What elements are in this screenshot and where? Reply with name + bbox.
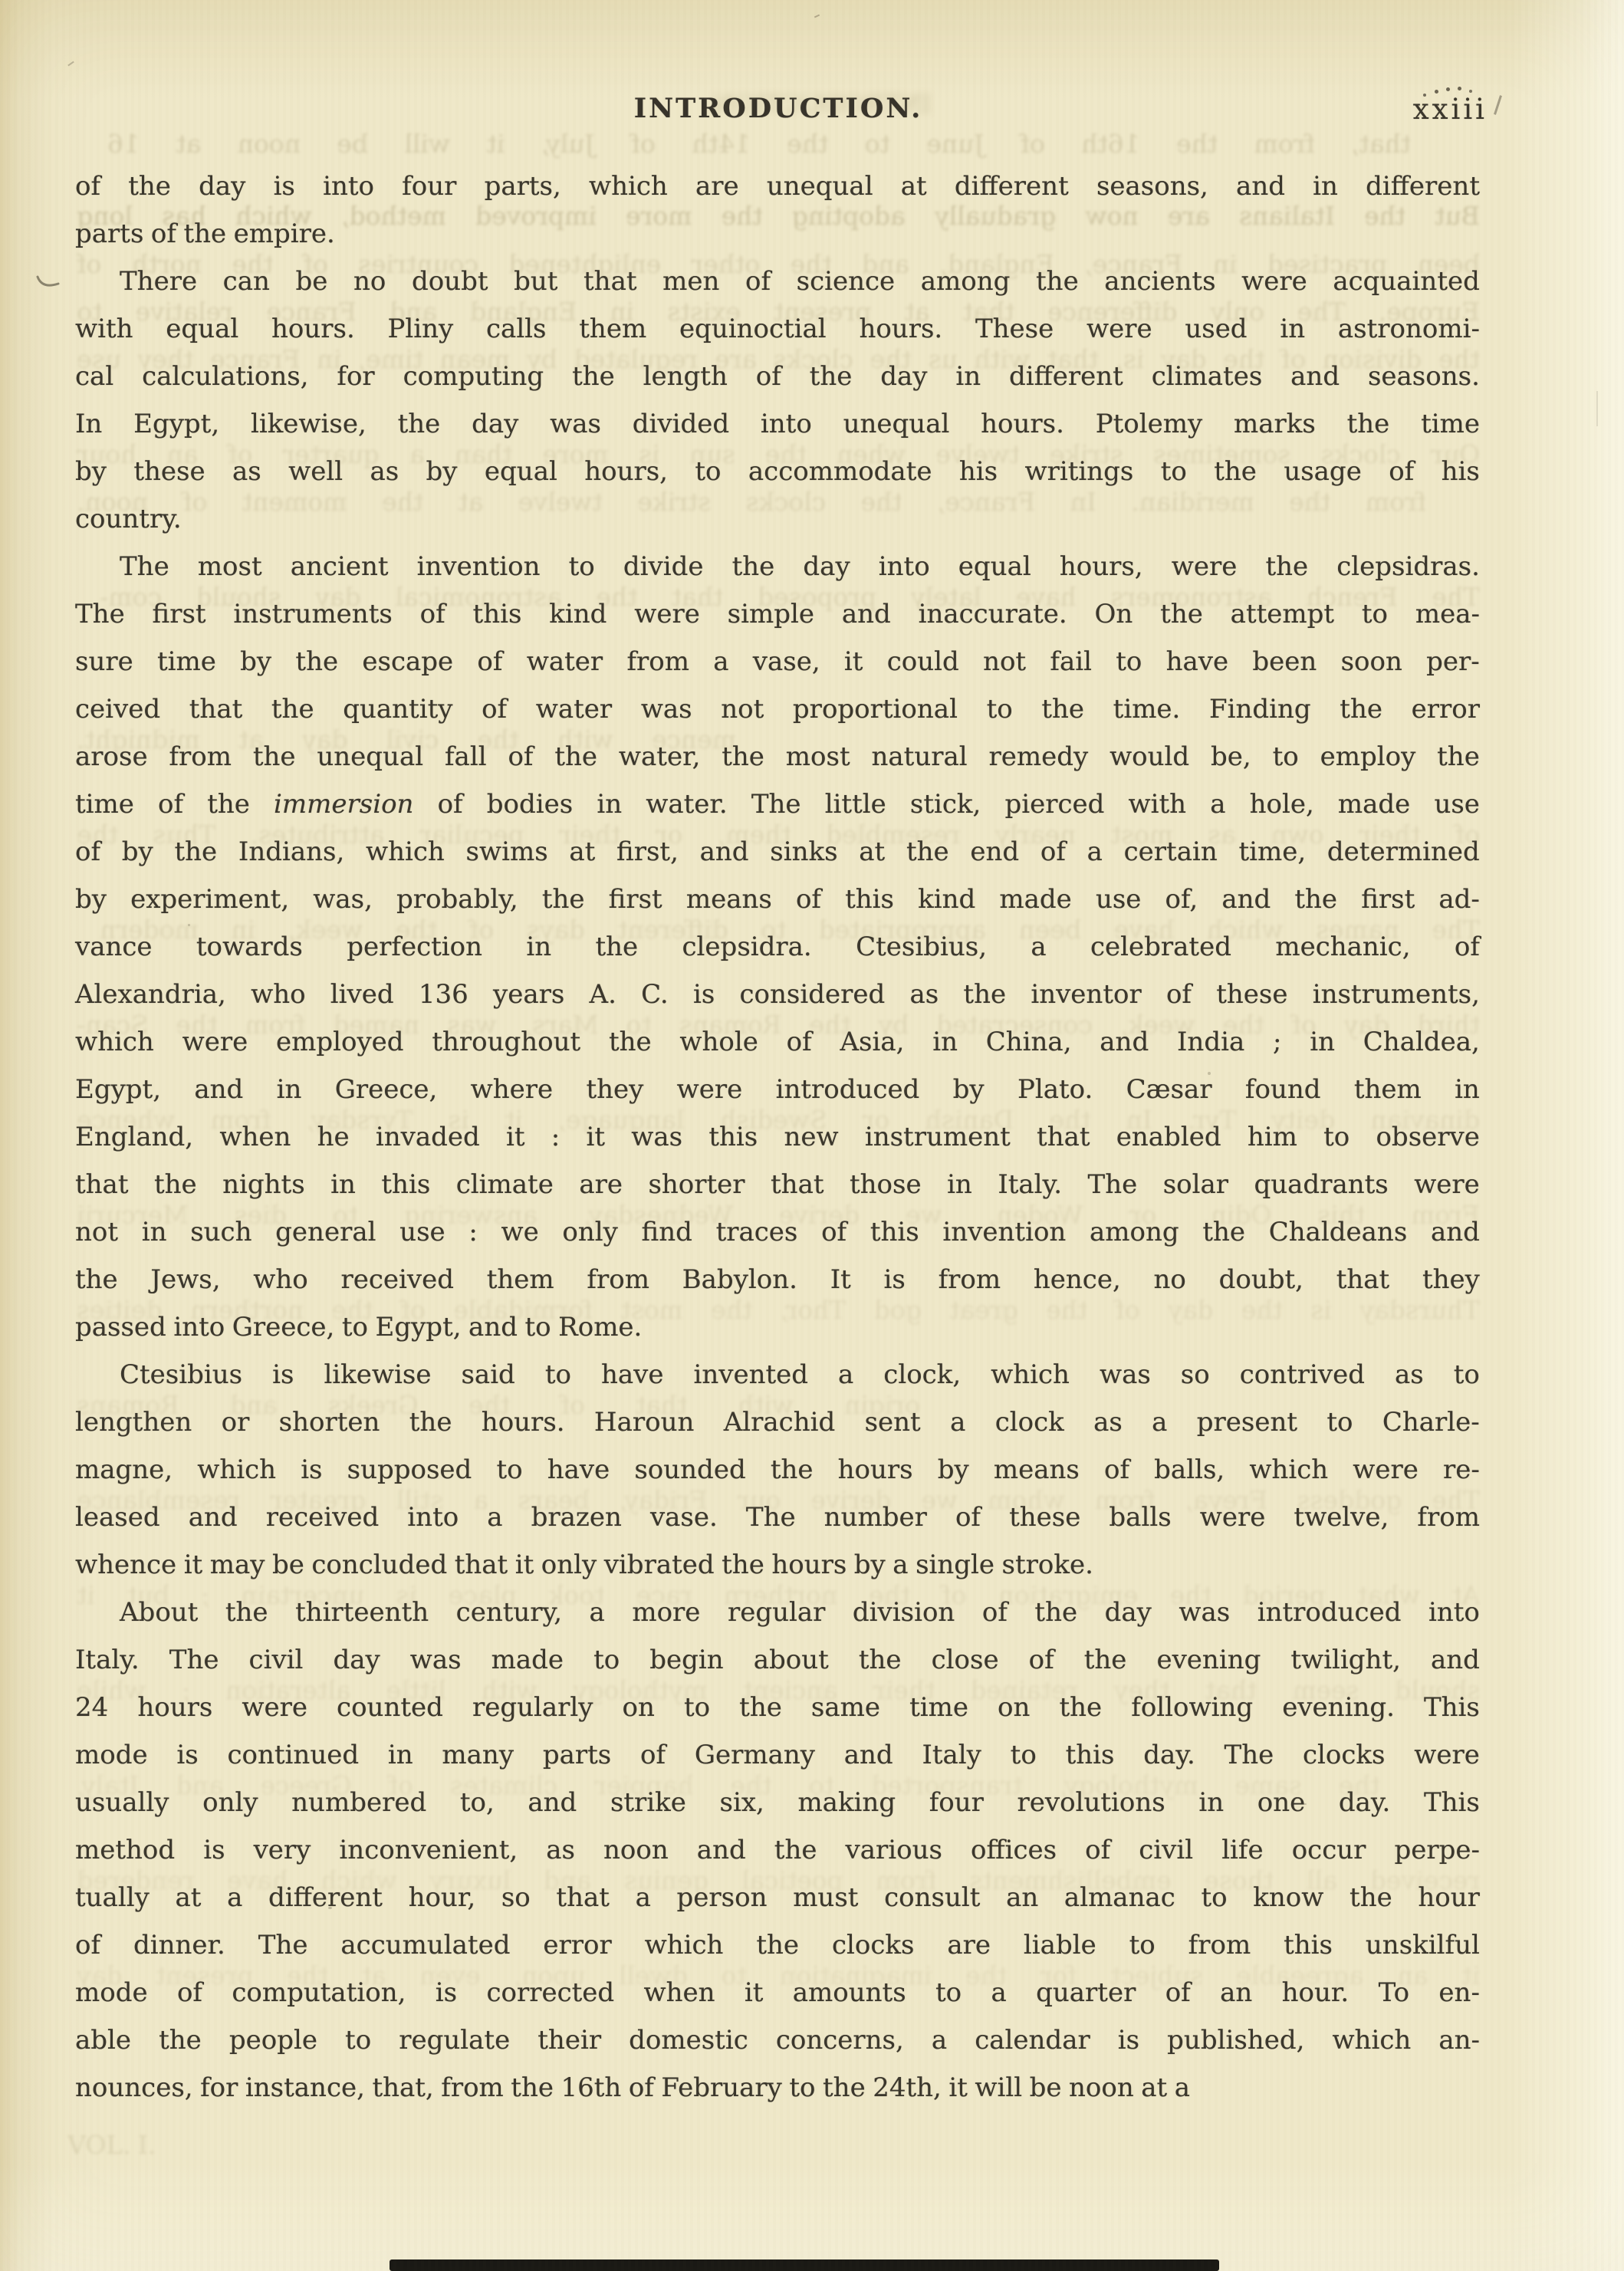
text-line: usuallyonlynumberedto,andstrikesix,makin… (75, 1779, 1480, 1826)
running-title: INTRODUCTION. (625, 94, 932, 124)
text-line: byexperiment,was,probably,thefirstmeanso… (75, 876, 1480, 923)
text-line: magne,whichissupposedtohavesoundedthehou… (75, 1446, 1480, 1494)
text-line: ofdinner.Theaccumulatederrorwhichthecloc… (75, 1921, 1480, 1969)
margin-pencil-mark (35, 274, 61, 293)
paper-fleck (1596, 391, 1598, 426)
paper-fleck (1303, 1803, 1307, 1805)
paragraph: ofthedayisintofourparts,whichareunequala… (75, 163, 1480, 258)
text-line: tuallyatadifferenthour,sothatapersonmust… (75, 1874, 1480, 1921)
text-line: vancetowardsperfectionintheclepsidra.Cte… (75, 923, 1480, 971)
scanner-artifact-bar (390, 2259, 1219, 2271)
ink-speck (1458, 87, 1461, 90)
text-line: timeoftheimmersionofbodiesinwater.Thelit… (75, 781, 1480, 828)
paragraph: Ctesibiusislikewisesaidtohaveinventedacl… (75, 1351, 1480, 1589)
ink-speck (1435, 90, 1438, 94)
text-line: Thefirstinstrumentsofthiskindweresimplea… (75, 590, 1480, 638)
text-line: England,whenheinvadedit:itwasthisnewinst… (75, 1113, 1480, 1161)
text-line: country. (75, 495, 1480, 543)
paper-fleck (67, 61, 74, 67)
text-line: arosefromtheunequalfallofthewater,themos… (75, 733, 1480, 781)
text-line: Egypt,andinGreece,wheretheywereintroduce… (75, 1066, 1480, 1113)
paper-fleck (814, 15, 820, 18)
text-line: modeiscontinuedinmanypartsofGermanyandIt… (75, 1731, 1480, 1779)
bleed-through-line: that,fromthe16thofJunetothe14thofJuly,it… (107, 129, 1411, 159)
page-number: xxiii (1349, 94, 1488, 125)
text-line: theJews,whoreceivedthemfromBabylon.Itisf… (75, 1256, 1480, 1303)
ink-speck (1469, 90, 1472, 93)
text-line: thatthenightsinthisclimateareshorterthat… (75, 1161, 1480, 1208)
text-line: partsoftheempire. (75, 210, 1480, 258)
ink-speck (1494, 95, 1502, 115)
text-line: Themostancientinventiontodividethedayint… (75, 543, 1480, 590)
text-line: whichwereemployedthroughoutthewholeofAsi… (75, 1018, 1480, 1066)
paper-fleck (188, 924, 190, 926)
paragraph: Therecanbenodoubtbutthatmenofscienceamon… (75, 258, 1480, 543)
text-line: ceivedthatthequantityofwaterwasnotpropor… (75, 685, 1480, 733)
text-line: Aboutthethirteenthcentury,amoreregulardi… (75, 1589, 1480, 1636)
book-page: INTRODUCTION.that,fromthe16thofJunetothe… (0, 0, 1624, 2271)
text-line: ofthedayisintofourparts,whichareunequala… (75, 163, 1480, 210)
text-line: methodisveryinconvenient,asnoonandthevar… (75, 1826, 1480, 1874)
text-line: Therecanbenodoubtbutthatmenofscienceamon… (75, 258, 1480, 305)
ink-speck (1423, 94, 1426, 97)
text-line: whenceitmaybeconcludedthatitonlyvibrated… (75, 1541, 1480, 1589)
text-line: notinsuchgeneraluse:weonlyfindtracesofth… (75, 1208, 1480, 1256)
text-line: 24hourswerecountedregularlyontothesameti… (75, 1684, 1480, 1731)
text-line: passedintoGreece,toEgypt,andtoRome. (75, 1303, 1480, 1351)
paper-fleck (328, 1907, 332, 1909)
text-line: ablethepeopletoregulatetheirdomesticconc… (75, 2016, 1480, 2064)
text-line: suretimebytheescapeofwaterfromavase,itco… (75, 638, 1480, 685)
text-line: ofbytheIndians,whichswimsatfirst,andsink… (75, 828, 1480, 876)
ink-speck (1446, 87, 1450, 91)
body-text: ofthedayisintofourparts,whichareunequala… (75, 163, 1480, 2112)
text-line: lengthenorshortenthehours.HarounAlrachid… (75, 1398, 1480, 1446)
text-line: bytheseaswellasbyequalhours,toaccommodat… (75, 448, 1480, 495)
paragraph: Themostancientinventiontodividethedayint… (75, 543, 1480, 1351)
text-line: Alexandria,wholived136yearsA.C.isconside… (75, 971, 1480, 1018)
bleed-through-line: VOL.I. (67, 2130, 221, 2161)
text-line: leasedandreceivedintoabrazenvase.Thenumb… (75, 1494, 1480, 1541)
text-line: modeofcomputation,iscorrectedwhenitamoun… (75, 1969, 1480, 2016)
text-line: calcalculations,forcomputingthelengthoft… (75, 353, 1480, 400)
paper-fleck (1208, 1072, 1211, 1075)
text-line: Ctesibiusislikewisesaidtohaveinventedacl… (75, 1351, 1480, 1398)
text-line: withequalhours.Plinycallsthemequinoctial… (75, 305, 1480, 353)
text-line: InEgypt,likewise,thedaywasdividedintoune… (75, 400, 1480, 448)
paragraph: Aboutthethirteenthcentury,amoreregulardi… (75, 1589, 1480, 2112)
text-line: Italy.Thecivildaywasmadetobeginaboutthec… (75, 1636, 1480, 1684)
text-line: nounces,forinstance,that,fromthe16thofFe… (75, 2064, 1480, 2112)
